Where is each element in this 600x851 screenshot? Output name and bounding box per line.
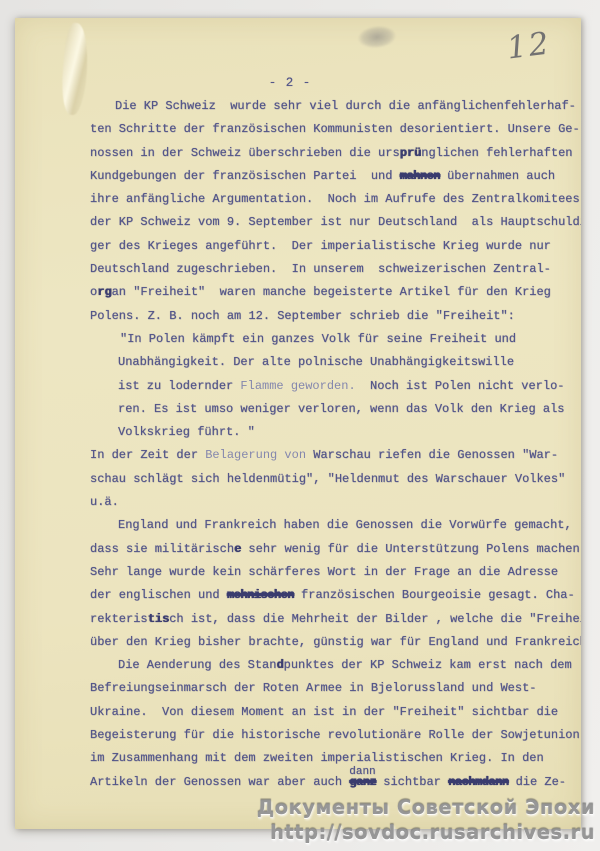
text-segment: ger des Krieges angeführt. Der imperiali…: [90, 239, 551, 253]
text-segment: schau schlägt sich heldenmütig", "Helden…: [90, 472, 565, 486]
document-line: der englischen und mehnischen französisc…: [90, 584, 581, 607]
text-segment: Unabhängigkeit. Der alte polnische Unabh…: [118, 355, 514, 369]
document-line: ren. Es ist umso weniger verloren, wenn …: [90, 398, 581, 421]
document-line: rekteristisch ist, dass die Mehrheit der…: [90, 608, 581, 631]
text-segment: Belagerung von: [205, 448, 306, 462]
text-segment: In der Zeit der: [90, 448, 205, 462]
document-line: Kundgebungen der französischen Partei un…: [90, 165, 581, 188]
text-segment: d: [276, 658, 283, 672]
document-line: Artikeln der Genossen war aber auch dann…: [90, 771, 581, 795]
text-segment: nossen in der Schweiz überschrieben die …: [90, 146, 400, 160]
document-line: Die Aenderung des Standpunktes der KP Sc…: [90, 654, 581, 677]
text-segment: Ukraine. Von diesem Moment an ist in der…: [90, 705, 558, 719]
text-segment: Artikeln der Genossen war aber auch: [90, 775, 349, 789]
document-line: ist zu lodernder Flamme geworden. Noch i…: [90, 375, 581, 398]
text-segment: u.ä.: [90, 495, 119, 509]
document-line: Begeisterung für die historische revolut…: [90, 724, 581, 747]
text-segment: ihre anfängliche Argumentation. Noch im …: [90, 192, 580, 206]
document-line: nossen in der Schweiz überschrieben die …: [90, 142, 581, 165]
text-segment: der KP Schweiz vom 9. September ist nur …: [90, 215, 581, 229]
document-line: über den Krieg bisher brachte, günstig w…: [90, 631, 581, 654]
text-segment: der englischen und: [90, 588, 227, 602]
page-number-label: - 2 -: [215, 76, 365, 90]
text-segment: rekteris: [90, 612, 148, 626]
text-segment: rg: [97, 285, 111, 299]
document-line: Ukraine. Von diesem Moment an ist in der…: [90, 701, 581, 724]
scanned-document-page: 12 - 2 - Die KP Schweiz wurde sehr viel …: [15, 18, 581, 829]
struck-out-word: mehnischen: [227, 588, 294, 602]
document-line: im Zusammenhang mit dem zweiten imperial…: [90, 747, 581, 770]
document-line: organ "Freiheit" waren manche begeistert…: [90, 281, 581, 304]
document-line: Deutschland zugeschrieben. In unserem sc…: [90, 258, 581, 281]
text-segment: nglichen fehlerhaften: [421, 146, 572, 160]
text-segment: Warschau riefen die Genossen "War-: [306, 448, 558, 462]
watermark-title: Документы Советской Эпохи: [257, 796, 595, 821]
document-line: "In Polen kämpft ein ganzes Volk für sei…: [90, 328, 581, 351]
text-segment: Die KP Schweiz wurde sehr viel durch die…: [115, 99, 576, 113]
archive-watermark: Документы Советской Эпохи http://sovdoc.…: [257, 796, 595, 845]
text-segment: über den Krieg bisher brachte, günstig w…: [90, 635, 581, 649]
document-line: ten Schritte der französischen Kommunist…: [90, 118, 581, 141]
text-segment: Polens. Z. B. noch am 12. September schr…: [90, 309, 515, 323]
text-segment: sichtbar: [376, 775, 448, 789]
watermark-url: http://sovdoc.rusarchives.ru: [257, 821, 595, 846]
text-segment: ch ist, dass die Mehrheit der Bilder , w…: [169, 612, 581, 626]
text-segment: Deutschland zugeschrieben. In unserem sc…: [90, 262, 551, 276]
text-segment: übernahmen auch: [440, 169, 555, 183]
text-segment: Flamme geworden.: [240, 379, 355, 393]
text-segment: "In Polen kämpft ein ganzes Volk für sei…: [120, 332, 516, 346]
text-segment: tis: [148, 612, 170, 626]
document-line: schau schlägt sich heldenmütig", "Helden…: [90, 468, 581, 491]
text-segment: Befreiungseinmarsch der Roten Armee in B…: [90, 681, 536, 695]
typed-text: Die KP Schweiz wurde sehr viel durch die…: [90, 95, 581, 795]
handwritten-page-number: 12: [505, 25, 553, 66]
text-segment: England und Frankreich haben die Genosse…: [118, 518, 572, 532]
document-line: ihre anfängliche Argumentation. Noch im …: [90, 188, 581, 211]
struck-out-word: nachmdann: [448, 775, 508, 789]
text-segment: französischen Bourgeoisie gesagt. Cha-: [294, 588, 575, 602]
document-line: Volkskrieg führt. ": [90, 421, 581, 444]
text-segment: Die Aenderung des Stan: [118, 658, 276, 672]
pencil-smudge: [350, 19, 405, 54]
document-line: Unabhängigkeit. Der alte polnische Unabh…: [90, 351, 581, 374]
struck-out-word: mahnen: [400, 169, 440, 183]
document-line: u.ä.: [90, 491, 581, 514]
text-segment: ren. Es ist umso weniger verloren, wenn …: [118, 402, 564, 416]
text-segment: punktes der KP Schweiz kam erst nach dem: [284, 658, 572, 672]
text-segment: Begeisterung für die historische revolut…: [90, 728, 580, 742]
document-line: Die KP Schweiz wurde sehr viel durch die…: [90, 95, 581, 118]
text-segment: prü: [400, 146, 422, 160]
document-line: Polens. Z. B. noch am 12. September schr…: [90, 305, 581, 328]
document-line: ger des Krieges angeführt. Der imperiali…: [90, 235, 581, 258]
document-line: In der Zeit der Belagerung von Warschau …: [90, 444, 581, 467]
text-segment: an "Freiheit" waren manche begeisterte A…: [112, 285, 551, 299]
text-segment: Volkskrieg führt. ": [118, 425, 255, 439]
document-line: England und Frankreich haben die Genosse…: [90, 514, 581, 537]
text-segment: die Ze-: [508, 775, 566, 789]
text-segment: dass sie militärisch: [90, 542, 234, 556]
text-segment: ten Schritte der französischen Kommunist…: [90, 122, 580, 136]
text-segment: Sehr lange wurde kein schärferes Wort in…: [90, 565, 558, 579]
document-line: der KP Schweiz vom 9. September ist nur …: [90, 211, 581, 234]
text-segment: im Zusammenhang mit dem zweiten imperial…: [90, 751, 544, 765]
document-line: dass sie militärische sehr wenig für die…: [90, 538, 581, 561]
paper-crease: [60, 22, 90, 115]
text-segment: Noch ist Polen nicht verlo-: [356, 379, 565, 393]
document-line: Sehr lange wurde kein schärferes Wort in…: [90, 561, 581, 584]
document-line: Befreiungseinmarsch der Roten Armee in B…: [90, 677, 581, 700]
text-segment: ist zu lodernder: [118, 379, 240, 393]
text-segment: sehr wenig für die Unterstützung Polens …: [241, 542, 581, 556]
text-segment: Kundgebungen der französischen Partei un…: [90, 169, 400, 183]
